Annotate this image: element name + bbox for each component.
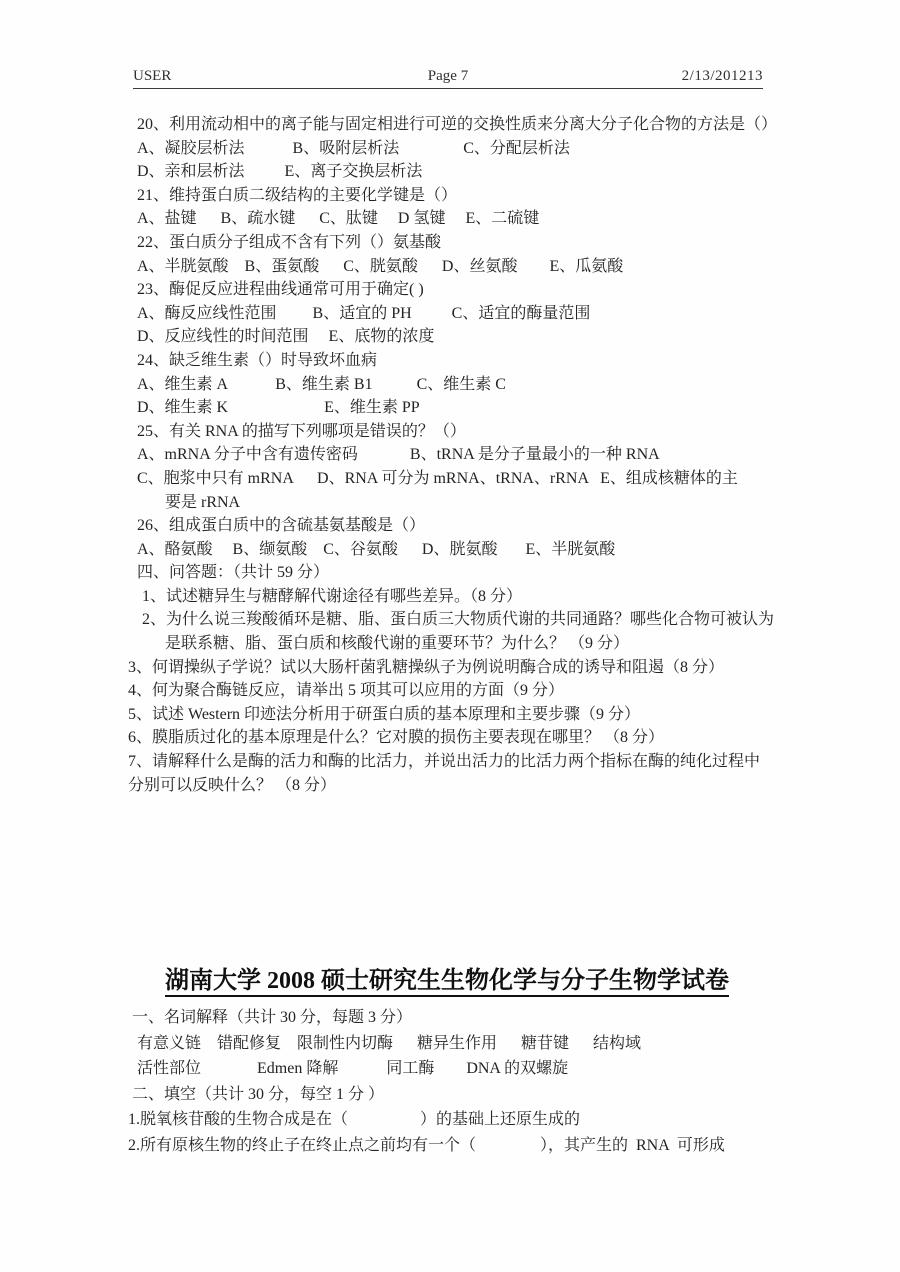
document-line: 二、填空（共计 30 分，每空 1 分 ） — [132, 1082, 862, 1108]
document-line: A、酶反应线性范围 B、适宜的 PH C、适宜的酶量范围 — [137, 302, 862, 326]
document-line: 2、为什么说三羧酸循环是糖、脂、蛋白质三大物质代谢的共同通路？哪些化合物可被认为 — [142, 608, 862, 632]
document-line: 活性部位 Edmen 降解 同工酶 DNA 的双螺旋 — [137, 1056, 862, 1082]
document-line: A、半胱氨酸 B、蛋氨酸 C、胱氨酸 D、丝氨酸 E、瓜氨酸 — [137, 255, 862, 279]
document-line: C、胞浆中只有 mRNA D、RNA 可分为 mRNA、tRNA、rRNA E、… — [137, 467, 862, 491]
exam-2008-body: 一、名词解释（共计 30 分，每题 3 分）有意义链 错配修复 限制性内切酶 糖… — [128, 1005, 862, 1158]
document-line: 20、利用流动相中的离子能与固定相进行可逆的交换性质来分离大分子化合物的方法是（… — [137, 113, 862, 137]
document-line: 24、缺乏维生素（）时导致坏血病 — [137, 349, 862, 373]
document-line: A、凝胶层析法 B、吸附层析法 C、分配层析法 — [137, 137, 862, 161]
document-line: D、亲和层析法 E、离子交换层析法 — [137, 160, 862, 184]
document-line: 25、有关 RNA 的描写下列哪项是错误的？（） — [137, 420, 862, 444]
document-line: 分别可以反映什么？ （8 分） — [128, 774, 862, 798]
exam-page7-body: 20、利用流动相中的离子能与固定相进行可逆的交换性质来分离大分子化合物的方法是（… — [128, 113, 862, 797]
document-line: 要是 rRNA — [165, 491, 862, 515]
document-line: 四、问答题：（共计 59 分） — [137, 561, 862, 585]
document-line: 一、名词解释（共计 30 分，每题 3 分） — [132, 1005, 862, 1031]
document-line: 有意义链 错配修复 限制性内切酶 糖异生作用 糖苷键 结构域 — [137, 1031, 862, 1057]
document-line: 22、蛋白质分子组成不含有下列（）氨基酸 — [137, 231, 862, 255]
document-line: 2.所有原核生物的终止子在终止点之前均有一个（ ），其产生的 RNA 可形成 — [128, 1133, 862, 1159]
header-rule — [133, 88, 763, 89]
header-page-number: Page 7 — [133, 68, 763, 85]
document-line: 5、试述 Western 印迹法分析用于研蛋白质的基本原理和主要步骤（9 分） — [128, 703, 862, 727]
document-line: 7、请解释什么是酶的活力和酶的比活力，并说出活力的比活力两个指标在酶的纯化过程中 — [128, 750, 862, 774]
document-line: A、mRNA 分子中含有遗传密码 B、tRNA 是分子量最小的一种 RNA — [137, 443, 862, 467]
document-line: 6、膜脂质过化的基本原理是什么？它对膜的损伤主要表现在哪里？ （8 分） — [128, 726, 862, 750]
document-line: A、盐键 B、疏水键 C、肽键 D 氢键 E、二硫键 — [137, 207, 862, 231]
document-line: 26、组成蛋白质中的含硫基氨基酸是（） — [137, 514, 862, 538]
document-line: 是联系糖、脂、蛋白质和核酸代谢的重要环节？为什么？ （9 分） — [165, 632, 862, 656]
page-header: USER Page 7 2/13/201213 — [133, 66, 763, 85]
document-line: D、反应线性的时间范围 E、底物的浓度 — [137, 325, 862, 349]
document-line: 23、酶促反应进程曲线通常可用于确定( ) — [137, 278, 862, 302]
document-line: 3、何谓操纵子学说？试以大肠杆菌乳糖操纵子为例说明酶合成的诱导和阻遏（8 分） — [128, 656, 862, 680]
document-line: 4、何为聚合酶链反应，请举出 5 项其可以应用的方面（9 分） — [128, 679, 862, 703]
exam-2008-title-text: 湖南大学 2008 硕士研究生生物化学与分子生物学试卷 — [165, 968, 729, 997]
document-line: 1.脱氧核苷酸的生物合成是在（ ）的基础上还原生成的 — [128, 1107, 862, 1133]
document-line: 1、试述糖异生与糖酵解代谢途径有哪些差异。（8 分） — [142, 585, 862, 609]
document-line: 21、维持蛋白质二级结构的主要化学键是（） — [137, 184, 862, 208]
document-line: D、维生素 K E、维生素 PP — [137, 396, 862, 420]
exam-2008-title: 湖南大学 2008 硕士研究生生物化学与分子生物学试卷 — [165, 965, 900, 997]
document-line: A、酪氨酸 B、缬氨酸 C、谷氨酸 D、胱氨酸 E、半胱氨酸 — [137, 538, 862, 562]
document-line: A、维生素 A B、维生素 B1 C、维生素 C — [137, 373, 862, 397]
scanned-exam-page: USER Page 7 2/13/201213 20、利用流动相中的离子能与固定… — [0, 0, 900, 1272]
